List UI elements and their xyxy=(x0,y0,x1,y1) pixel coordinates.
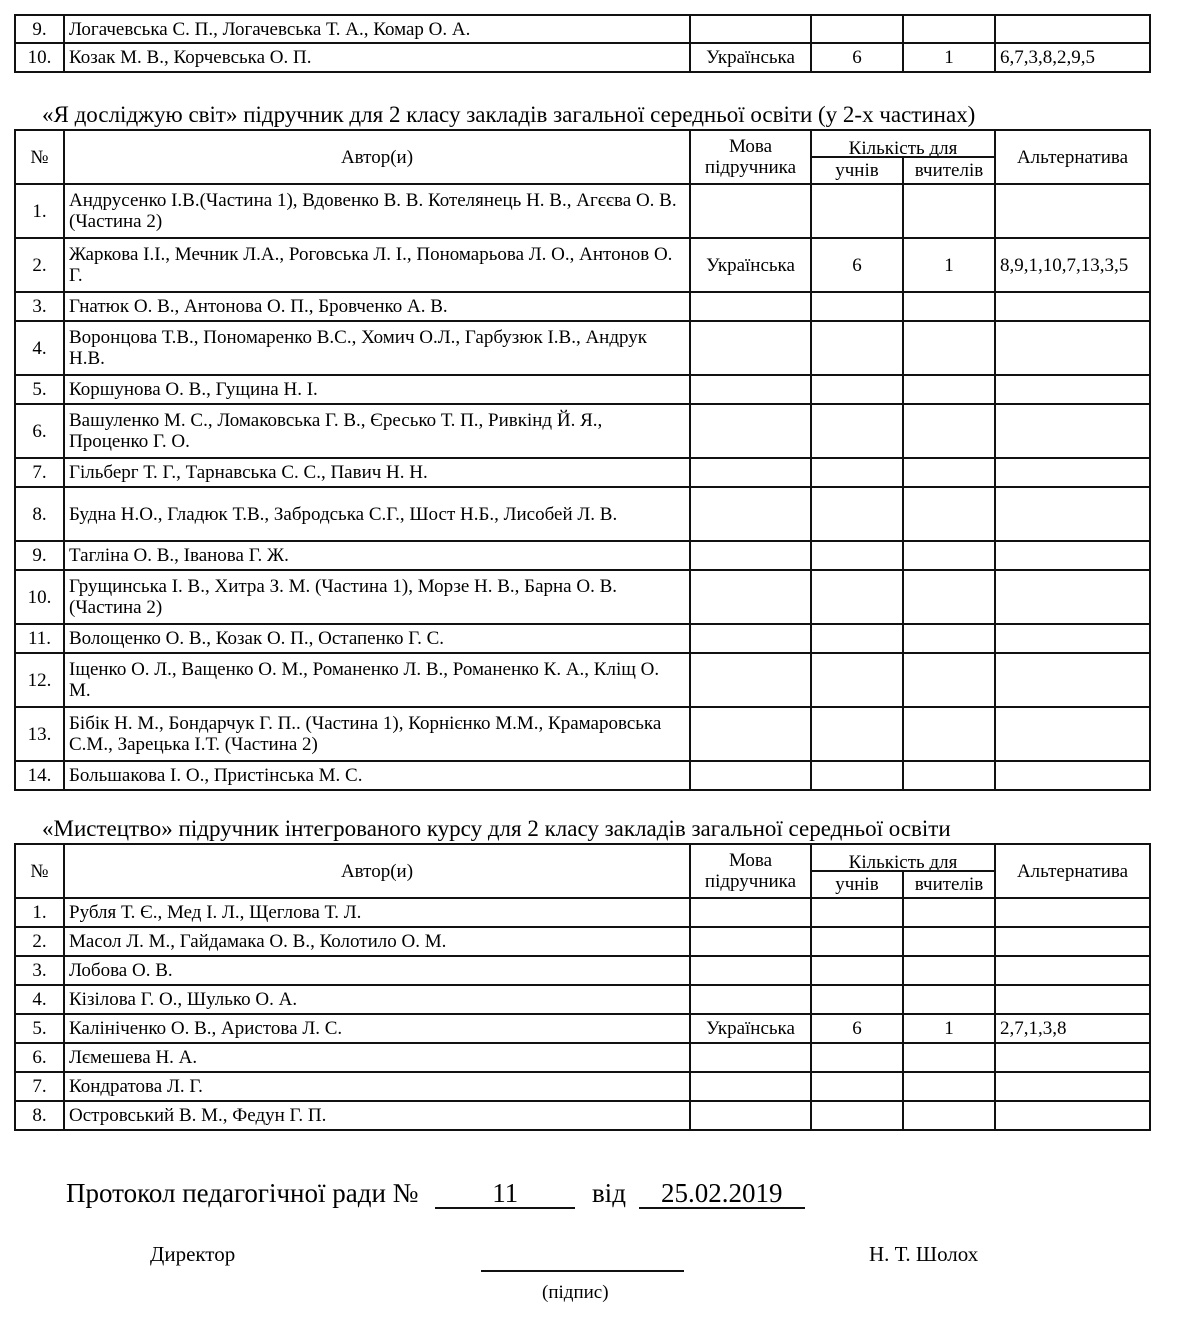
header-alternative: Альтернатива xyxy=(995,130,1150,184)
row-students-count xyxy=(811,653,903,707)
row-language xyxy=(690,292,811,321)
table-row: 8.Островський В. М., Федун Г. П. xyxy=(15,1101,1150,1130)
table-row: 14.Большакова І. О., Пристінська М. С. xyxy=(15,761,1150,790)
row-alternative xyxy=(995,487,1150,541)
row-authors: Воронцова Т.В., Пономаренко В.С., Хомич … xyxy=(64,321,690,375)
row-authors: Грущинська І. В., Хитра З. М. (Частина 1… xyxy=(64,570,690,624)
row-students-count xyxy=(811,1043,903,1072)
header-language: Мова підручника xyxy=(690,844,811,898)
row-language xyxy=(690,570,811,624)
table-row: 7.Гільберг Т. Г., Тарнавська С. С., Пави… xyxy=(15,458,1150,487)
row-teachers-count xyxy=(903,956,995,985)
textbook-table-ya-doslidzhuyu-svit: № Автор(и) Мова підручника Кількість для… xyxy=(14,129,1151,791)
table-row: 5.Калініченко О. В., Аристова Л. С.Украї… xyxy=(15,1014,1150,1043)
protocol-date: 25.02.2019 xyxy=(639,1179,805,1209)
table-row: 2.Жаркова І.І., Мечник Л.А., Роговська Л… xyxy=(15,238,1150,292)
row-students-count xyxy=(811,624,903,653)
row-authors: Логачевська С. П., Логачевська Т. А., Ко… xyxy=(64,15,690,43)
row-number: 5. xyxy=(15,375,64,404)
row-teachers-count: 1 xyxy=(903,1014,995,1043)
header-quantity: Кількість для xyxy=(811,130,995,157)
row-number: 10. xyxy=(15,570,64,624)
table-row: 1.Андрусенко І.В.(Частина 1), Вдовенко В… xyxy=(15,184,1150,238)
row-language: Українська xyxy=(690,238,811,292)
row-language xyxy=(690,375,811,404)
row-authors: Жаркова І.І., Мечник Л.А., Роговська Л. … xyxy=(64,238,690,292)
row-language: Українська xyxy=(690,1014,811,1043)
row-teachers-count xyxy=(903,375,995,404)
row-number: 8. xyxy=(15,1101,64,1130)
row-authors: Іщенко О. Л., Ващенко О. М., Романенко Л… xyxy=(64,653,690,707)
row-authors: Будна Н.О., Гладюк Т.В., Забродська С.Г.… xyxy=(64,487,690,541)
table-row: 9.Логачевська С. П., Логачевська Т. А., … xyxy=(15,15,1150,43)
header-number: № xyxy=(15,844,64,898)
row-authors: Бібік Н. М., Бондарчук Г. П.. (Частина 1… xyxy=(64,707,690,761)
row-students-count xyxy=(811,321,903,375)
row-teachers-count xyxy=(903,927,995,956)
row-authors: Андрусенко І.В.(Частина 1), Вдовенко В. … xyxy=(64,184,690,238)
row-teachers-count xyxy=(903,487,995,541)
row-students-count xyxy=(811,1101,903,1130)
row-authors: Лємешева Н. А. xyxy=(64,1043,690,1072)
row-alternative xyxy=(995,292,1150,321)
row-language xyxy=(690,1101,811,1130)
row-language xyxy=(690,653,811,707)
row-students-count xyxy=(811,375,903,404)
row-language xyxy=(690,404,811,458)
row-students-count xyxy=(811,761,903,790)
row-teachers-count xyxy=(903,624,995,653)
table-row: 3.Гнатюк О. В., Антонова О. П., Бровченк… xyxy=(15,292,1150,321)
row-language xyxy=(690,707,811,761)
row-alternative xyxy=(995,707,1150,761)
row-alternative xyxy=(995,458,1150,487)
row-number: 3. xyxy=(15,956,64,985)
table-row: 11.Волощенко О. В., Козак О. П., Остапен… xyxy=(15,624,1150,653)
row-teachers-count: 1 xyxy=(903,43,995,72)
row-students-count xyxy=(811,487,903,541)
protocol-number: 11 xyxy=(435,1179,575,1209)
table-row: 8.Будна Н.О., Гладюк Т.В., Забродська С.… xyxy=(15,487,1150,541)
header-teachers: вчителів xyxy=(903,871,995,898)
row-alternative xyxy=(995,956,1150,985)
row-teachers-count: 1 xyxy=(903,238,995,292)
row-authors: Калініченко О. В., Аристова Л. С. xyxy=(64,1014,690,1043)
row-students-count xyxy=(811,985,903,1014)
row-number: 2. xyxy=(15,238,64,292)
table-row: 9.Тагліна О. В., Іванова Г. Ж. xyxy=(15,541,1150,570)
textbook-table-mystetstvo: № Автор(и) Мова підручника Кількість для… xyxy=(14,843,1151,1131)
row-alternative xyxy=(995,985,1150,1014)
row-number: 6. xyxy=(15,404,64,458)
header-students: учнів xyxy=(811,871,903,898)
table-row: 6.Вашуленко М. С., Ломаковська Г. В., Єр… xyxy=(15,404,1150,458)
row-alternative xyxy=(995,15,1150,43)
row-alternative xyxy=(995,541,1150,570)
row-teachers-count xyxy=(903,321,995,375)
row-number: 6. xyxy=(15,1043,64,1072)
signature-caption: (підпис) xyxy=(542,1282,609,1304)
row-alternative xyxy=(995,570,1150,624)
table-row: 13.Бібік Н. М., Бондарчук Г. П.. (Частин… xyxy=(15,707,1150,761)
row-language xyxy=(690,985,811,1014)
row-alternative xyxy=(995,761,1150,790)
row-teachers-count xyxy=(903,898,995,927)
header-language: Мова підручника xyxy=(690,130,811,184)
row-number: 1. xyxy=(15,184,64,238)
table-row: 1.Рубля Т. Є., Мед І. Л., Щеглова Т. Л. xyxy=(15,898,1150,927)
table-row: 7.Кондратова Л. Г. xyxy=(15,1072,1150,1101)
row-students-count xyxy=(811,898,903,927)
row-authors: Островський В. М., Федун Г. П. xyxy=(64,1101,690,1130)
row-teachers-count xyxy=(903,458,995,487)
row-students-count xyxy=(811,184,903,238)
row-number: 7. xyxy=(15,458,64,487)
row-authors: Коршунова О. В., Гущина Н. І. xyxy=(64,375,690,404)
table-row: 5.Коршунова О. В., Гущина Н. І. xyxy=(15,375,1150,404)
row-number: 5. xyxy=(15,1014,64,1043)
row-number: 1. xyxy=(15,898,64,927)
row-alternative: 8,9,1,10,7,13,3,5 xyxy=(995,238,1150,292)
row-language xyxy=(690,1043,811,1072)
row-language xyxy=(690,624,811,653)
row-teachers-count xyxy=(903,541,995,570)
header-authors: Автор(и) xyxy=(64,844,690,898)
row-teachers-count xyxy=(903,761,995,790)
protocol-line: Протокол педагогічної ради № 11 від 25.0… xyxy=(66,1178,805,1209)
row-alternative xyxy=(995,1043,1150,1072)
row-number: 3. xyxy=(15,292,64,321)
row-number: 13. xyxy=(15,707,64,761)
row-students-count xyxy=(811,956,903,985)
row-alternative xyxy=(995,624,1150,653)
row-students-count xyxy=(811,541,903,570)
row-students-count: 6 xyxy=(811,238,903,292)
row-alternative xyxy=(995,404,1150,458)
section-title-ya-doslidzhuyu-svit: «Я досліджую світ» підручник для 2 класу… xyxy=(0,102,1197,128)
row-number: 8. xyxy=(15,487,64,541)
row-number: 10. xyxy=(15,43,64,72)
row-authors: Кондратова Л. Г. xyxy=(64,1072,690,1101)
row-language xyxy=(690,487,811,541)
row-students-count xyxy=(811,15,903,43)
header-students: учнів xyxy=(811,157,903,184)
row-number: 4. xyxy=(15,321,64,375)
row-authors: Масол Л. М., Гайдамака О. В., Колотило О… xyxy=(64,927,690,956)
row-language xyxy=(690,761,811,790)
header-teachers: вчителів xyxy=(903,157,995,184)
row-students-count xyxy=(811,458,903,487)
row-teachers-count xyxy=(903,570,995,624)
row-teachers-count xyxy=(903,1043,995,1072)
row-teachers-count xyxy=(903,707,995,761)
row-authors: Кізілова Г. О., Шулько О. А. xyxy=(64,985,690,1014)
row-teachers-count xyxy=(903,1072,995,1101)
row-teachers-count xyxy=(903,184,995,238)
row-alternative xyxy=(995,1072,1150,1101)
row-language xyxy=(690,321,811,375)
table-row: 2.Масол Л. М., Гайдамака О. В., Колотило… xyxy=(15,927,1150,956)
row-language xyxy=(690,927,811,956)
signature-line xyxy=(481,1270,684,1272)
table-row: 4.Воронцова Т.В., Пономаренко В.С., Хоми… xyxy=(15,321,1150,375)
row-students-count xyxy=(811,404,903,458)
row-authors: Тагліна О. В., Іванова Г. Ж. xyxy=(64,541,690,570)
row-number: 2. xyxy=(15,927,64,956)
header-authors: Автор(и) xyxy=(64,130,690,184)
row-students-count xyxy=(811,570,903,624)
row-students-count: 6 xyxy=(811,43,903,72)
row-alternative xyxy=(995,927,1150,956)
from-label: від xyxy=(592,1178,626,1208)
row-number: 14. xyxy=(15,761,64,790)
row-language xyxy=(690,184,811,238)
table-row: 10.Грущинська І. В., Хитра З. М. (Частин… xyxy=(15,570,1150,624)
row-teachers-count xyxy=(903,404,995,458)
row-alternative xyxy=(995,898,1150,927)
row-teachers-count xyxy=(903,985,995,1014)
row-language xyxy=(690,956,811,985)
row-language xyxy=(690,898,811,927)
row-alternative xyxy=(995,184,1150,238)
protocol-label: Протокол педагогічної ради № xyxy=(66,1178,418,1208)
row-students-count: 6 xyxy=(811,1014,903,1043)
row-language: Українська xyxy=(690,43,811,72)
row-number: 4. xyxy=(15,985,64,1014)
row-authors: Лобова О. В. xyxy=(64,956,690,985)
row-alternative xyxy=(995,375,1150,404)
row-language xyxy=(690,15,811,43)
director-name: Н. Т. Шолох xyxy=(869,1242,978,1267)
header-alternative: Альтернатива xyxy=(995,844,1150,898)
previous-table-continuation: 9.Логачевська С. П., Логачевська Т. А., … xyxy=(14,14,1151,73)
row-teachers-count xyxy=(903,292,995,321)
header-quantity: Кількість для xyxy=(811,844,995,871)
row-language xyxy=(690,1072,811,1101)
header-number: № xyxy=(15,130,64,184)
row-alternative: 2,7,1,3,8 xyxy=(995,1014,1150,1043)
row-students-count xyxy=(811,707,903,761)
director-label: Директор xyxy=(150,1242,235,1267)
row-alternative xyxy=(995,321,1150,375)
section-title-mystetstvo: «Мистецтво» підручник інтегрованого курс… xyxy=(0,816,1197,842)
table-row: 12.Іщенко О. Л., Ващенко О. М., Романенк… xyxy=(15,653,1150,707)
row-teachers-count xyxy=(903,653,995,707)
table-row: 3.Лобова О. В. xyxy=(15,956,1150,985)
row-students-count xyxy=(811,1072,903,1101)
row-authors: Гільберг Т. Г., Тарнавська С. С., Павич … xyxy=(64,458,690,487)
row-students-count xyxy=(811,292,903,321)
row-language xyxy=(690,458,811,487)
row-language xyxy=(690,541,811,570)
row-authors: Большакова І. О., Пристінська М. С. xyxy=(64,761,690,790)
row-authors: Гнатюк О. В., Антонова О. П., Бровченко … xyxy=(64,292,690,321)
row-authors: Рубля Т. Є., Мед І. Л., Щеглова Т. Л. xyxy=(64,898,690,927)
row-alternative xyxy=(995,1101,1150,1130)
row-number: 7. xyxy=(15,1072,64,1101)
row-alternative xyxy=(995,653,1150,707)
table-row: 10.Козак М. В., Корчевська О. П.Українсь… xyxy=(15,43,1150,72)
row-students-count xyxy=(811,927,903,956)
row-teachers-count xyxy=(903,15,995,43)
row-authors: Козак М. В., Корчевська О. П. xyxy=(64,43,690,72)
table-row: 4.Кізілова Г. О., Шулько О. А. xyxy=(15,985,1150,1014)
table-row: 6.Лємешева Н. А. xyxy=(15,1043,1150,1072)
row-number: 9. xyxy=(15,15,64,43)
row-authors: Вашуленко М. С., Ломаковська Г. В., Єрес… xyxy=(64,404,690,458)
row-number: 9. xyxy=(15,541,64,570)
row-authors: Волощенко О. В., Козак О. П., Остапенко … xyxy=(64,624,690,653)
row-number: 11. xyxy=(15,624,64,653)
row-alternative: 6,7,3,8,2,9,5 xyxy=(995,43,1150,72)
row-teachers-count xyxy=(903,1101,995,1130)
row-number: 12. xyxy=(15,653,64,707)
